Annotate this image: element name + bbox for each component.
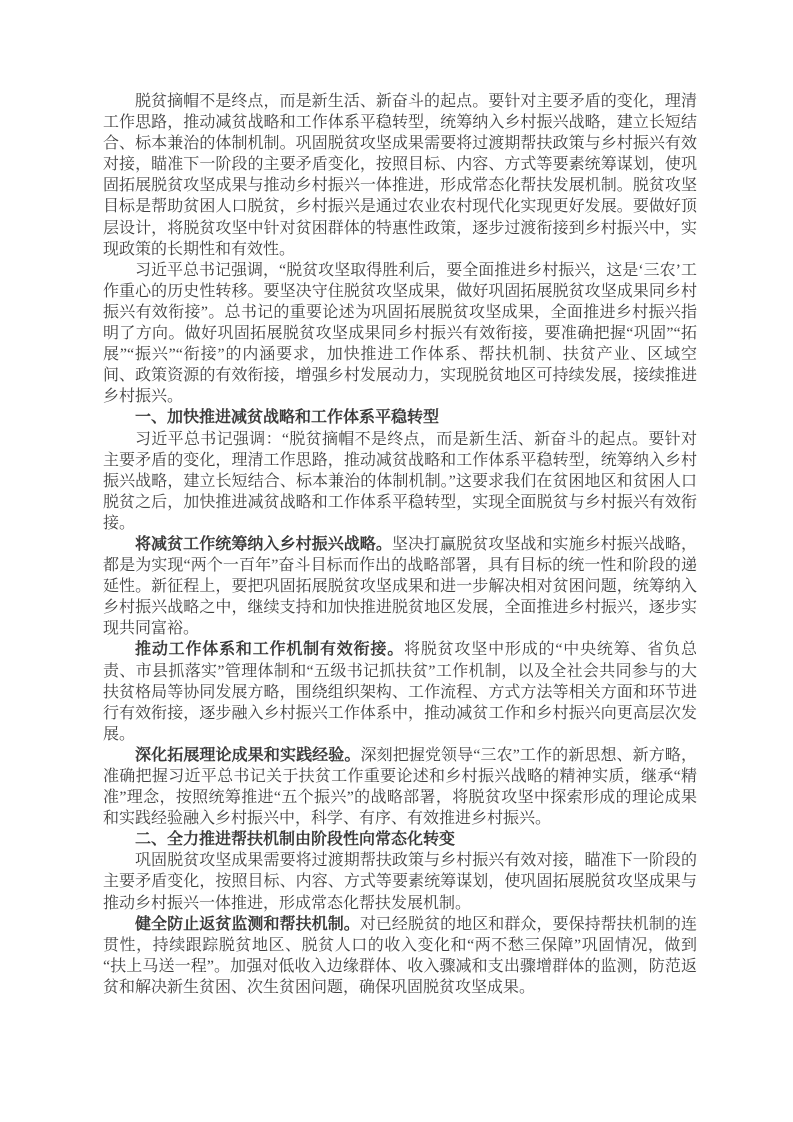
document-page: 脱贫摘帽不是终点，而是新生活、新奋斗的起点。要针对主要矛盾的变化，理清工作思路，… bbox=[0, 0, 793, 1122]
paragraph-lead: 推动工作体系和工作机制有效衔接。 bbox=[135, 641, 404, 658]
paragraph-lead: 健全防止返贫监测和帮扶机制。 bbox=[135, 916, 360, 933]
paragraph: 巩固脱贫攻坚成果需要将过渡期帮扶政策与乡村振兴有效对接，瞄准下一阶段的主要矛盾变… bbox=[103, 850, 697, 913]
paragraph: 脱贫摘帽不是终点，而是新生活、新奋斗的起点。要针对主要矛盾的变化，理清工作思路，… bbox=[103, 91, 697, 260]
paragraph-lead: 深化拓展理论成果和实践经验。 bbox=[135, 747, 361, 764]
paragraph-lead: 将减贫工作统筹纳入乡村振兴战略。 bbox=[135, 536, 392, 553]
paragraph: 习近平总书记强调：“脱贫摘帽不是终点，而是新生活、新奋斗的起点。要针对主要矛盾的… bbox=[103, 429, 697, 534]
paragraph: 习近平总书记强调，“脱贫攻坚取得胜利后，要全面推进乡村振兴，这是‘三农’工作重心… bbox=[103, 260, 697, 408]
section-heading: 二、全力推进帮扶机制由阶段性向常态化转变 bbox=[103, 829, 697, 850]
document-body: 脱贫摘帽不是终点，而是新生活、新奋斗的起点。要针对主要矛盾的变化，理清工作思路，… bbox=[103, 91, 697, 998]
paragraph: 深化拓展理论成果和实践经验。深刻把握党领导“三农”工作的新思想、新方略，准确把握… bbox=[103, 745, 697, 829]
paragraph: 健全防止返贫监测和帮扶机制。对已经脱贫的地区和群众，要保持帮扶机制的连贯性，持续… bbox=[103, 914, 697, 998]
paragraph: 推动工作体系和工作机制有效衔接。将脱贫攻坚中形成的“中央统筹、省负总责、市县抓落… bbox=[103, 639, 697, 744]
section-heading: 一、加快推进减贫战略和工作体系平稳转型 bbox=[103, 407, 697, 428]
paragraph: 将减贫工作统筹纳入乡村振兴战略。坚决打赢脱贫攻坚战和实施乡村振兴战略，都是为实现… bbox=[103, 534, 697, 639]
